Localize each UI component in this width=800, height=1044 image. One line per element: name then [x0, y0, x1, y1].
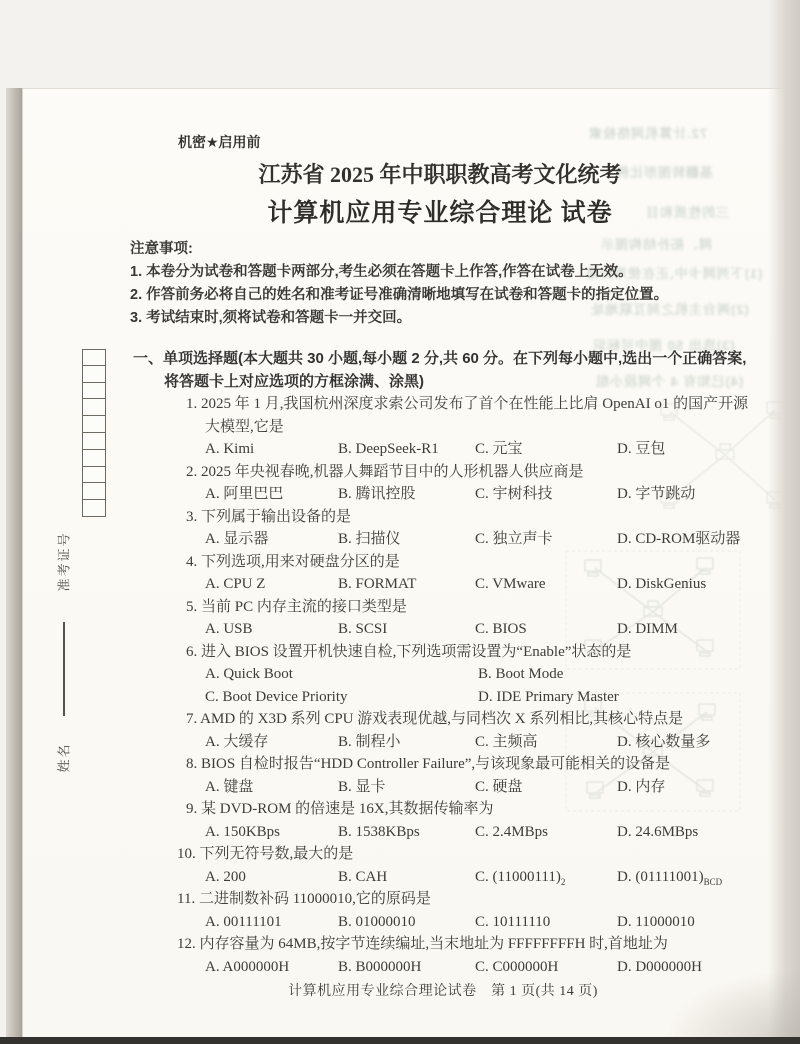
question: 7. AMD 的 X3D 系列 CPU 游戏表现优越,与同档次 X 系列相比,其…: [133, 708, 753, 753]
exam-number-box: [82, 467, 106, 484]
question-options: A. 150KBpsB. 1538KBpsC. 2.4MBpsD. 24.6MB…: [133, 821, 753, 844]
option-D: D. CD-ROM驱动器: [617, 528, 740, 551]
option-B: B. 显卡: [338, 776, 386, 799]
question-options: A. CPU ZB. FORMATC. VMwareD. DiskGenius: [133, 573, 753, 596]
option-A: A. Quick Boot: [205, 663, 293, 686]
option-C: C. VMware: [475, 573, 546, 596]
option-C: C. 宇树科技: [475, 483, 553, 506]
notes-block: 注意事项: 1. 本卷分为试卷和答题卡两部分,考生必须在答题卡上作答,作答在试卷…: [130, 238, 755, 330]
question-options: A. 00111101B. 01000010C. 10111110D. 1100…: [133, 911, 753, 934]
option-A: A. A000000H: [205, 956, 289, 979]
option-C: C. C000000H: [475, 956, 558, 979]
option-D: D. 核心数量多: [617, 731, 710, 754]
binding-edge-shadow: [6, 88, 22, 1038]
option-C: C. 2.4MBps: [475, 821, 548, 844]
question: 12. 内存容量为 64MB,按字节连续编址,当末地址为 FFFFFFFFH 时…: [133, 933, 753, 978]
option-A: A. CPU Z: [205, 573, 265, 596]
question-stem: 7. AMD 的 X3D 系列 CPU 游戏表现优越,与同档次 X 系列相比,其…: [133, 708, 753, 731]
option-D: D. 字节跳动: [617, 483, 695, 506]
note-item: 3. 考试结束时,须将试卷和答题卡一并交回。: [130, 307, 755, 330]
option-D: D. 24.6MBps: [617, 821, 698, 844]
option-A: A. 200: [205, 866, 246, 889]
option-row: A. 大缓存B. 制程小C. 主频高D. 核心数量多: [133, 731, 753, 754]
question: 4. 下列选项,用来对硬盘分区的是 A. CPU ZB. FORMATC. VM…: [133, 551, 753, 596]
question-stem: 2. 2025 年央视春晚,机器人舞蹈节目中的人形机器人供应商是: [133, 461, 753, 484]
option-D: D. IDE Primary Master: [478, 686, 619, 709]
option-C: C. (11000111)2: [475, 866, 565, 889]
question-stem: 4. 下列选项,用来对硬盘分区的是: [133, 551, 753, 574]
notes-heading: 注意事项:: [130, 238, 755, 261]
option-A: A. 00111101: [205, 911, 282, 934]
option-C: C. 硬盘: [475, 776, 523, 799]
option-row: A. A000000HB. B000000HC. C000000HD. D000…: [133, 956, 753, 979]
option-row: A. 200B. CAHC. (11000111)2D. (01111001)B…: [133, 866, 753, 889]
option-B: B. 腾讯控股: [338, 483, 416, 506]
option-C: C. BIOS: [475, 618, 527, 641]
option-A: A. Kimi: [205, 438, 254, 461]
exam-title: 江苏省 2025 年中职职教高考文化统考: [140, 158, 740, 189]
question: 3. 下列属于输出设备的是 A. 显示器B. 扫描仪C. 独立声卡D. CD-R…: [133, 506, 753, 551]
note-item: 1. 本卷分为试卷和答题卡两部分,考生必须在答题卡上作答,作答在试卷上无效。: [130, 261, 755, 284]
question-stem: 12. 内存容量为 64MB,按字节连续编址,当末地址为 FFFFFFFFH 时…: [133, 933, 753, 956]
page-footer: 计算机应用专业综合理论试卷 第 1 页(共 14 页): [133, 980, 753, 1000]
question: 6. 进入 BIOS 设置开机快速自检,下列选项需设置为“Enable”状态的是…: [133, 641, 753, 709]
classification-notice: 机密★启用前: [178, 132, 261, 152]
option-D: D. 11000010: [617, 911, 695, 934]
exam-number-box: [82, 399, 106, 416]
option-B: B. 1538KBps: [338, 821, 420, 844]
option-B: B. B000000H: [338, 956, 421, 979]
option-B: B. SCSI: [338, 618, 387, 641]
question-options: A. Quick BootB. Boot ModeC. Boot Device …: [133, 663, 753, 708]
question-stem: 9. 某 DVD-ROM 的倍速是 16X,其数据传输率为: [133, 798, 753, 821]
option-B: B. CAH: [338, 866, 387, 889]
option-A: A. 150KBps: [205, 821, 280, 844]
option-row: A. 键盘B. 显卡C. 硬盘D. 内存: [133, 776, 753, 799]
question-options: A. 阿里巴巴B. 腾讯控股C. 宇树科技D. 字节跳动: [133, 483, 753, 506]
question-section: 一、单项选择题(本大题共 30 小题,每小题 2 分,共 60 分。在下列每小题…: [133, 348, 753, 978]
option-D: D. DiskGenius: [617, 573, 706, 596]
option-B: B. FORMAT: [338, 573, 416, 596]
question-stem: 8. BIOS 自检时报告“HDD Controller Failure”,与该…: [133, 753, 753, 776]
question-stem: 10. 下列无符号数,最大的是: [133, 843, 753, 866]
option-C: C. 主频高: [475, 731, 538, 754]
page-edge-shadow: [768, 0, 800, 1038]
question-stem: 11. 二进制数补码 11000010,它的原码是: [133, 888, 753, 911]
note-item: 2. 作答前务必将自己的姓名和准考证号准确清晰地填写在试卷和答题卡的指定位置。: [130, 284, 755, 307]
scan-bottom-band: [0, 1037, 800, 1044]
option-row: A. 00111101B. 01000010C. 10111110D. 1100…: [133, 911, 753, 934]
question-options: A. A000000HB. B000000HC. C000000HD. D000…: [133, 956, 753, 979]
option-row: A. CPU ZB. FORMATC. VMwareD. DiskGenius: [133, 573, 753, 596]
option-row: A. 阿里巴巴B. 腾讯控股C. 宇树科技D. 字节跳动: [133, 483, 753, 506]
question: 9. 某 DVD-ROM 的倍速是 16X,其数据传输率为 A. 150KBps…: [133, 798, 753, 843]
option-B: B. Boot Mode: [478, 663, 563, 686]
section-heading: 一、单项选择题(本大题共 30 小题,每小题 2 分,共 60 分。在下列每小题…: [133, 348, 753, 393]
question-stem: 6. 进入 BIOS 设置开机快速自检,下列选项需设置为“Enable”状态的是: [133, 641, 753, 664]
exam-number-box: [82, 383, 106, 400]
question: 11. 二进制数补码 11000010,它的原码是 A. 00111101B. …: [133, 888, 753, 933]
question: 8. BIOS 自检时报告“HDD Controller Failure”,与该…: [133, 753, 753, 798]
exam-number-label: 准考证号: [54, 530, 73, 594]
option-row: A. 150KBpsB. 1538KBpsC. 2.4MBpsD. 24.6MB…: [133, 821, 753, 844]
option-A: A. 阿里巴巴: [205, 483, 283, 506]
option-C: C. 10111110: [475, 911, 550, 934]
option-C: C. 独立声卡: [475, 528, 553, 551]
option-B: B. 01000010: [338, 911, 416, 934]
question-stem: 3. 下列属于输出设备的是: [133, 506, 753, 529]
exam-number-box: [82, 416, 106, 433]
question-options: A. 显示器B. 扫描仪C. 独立声卡D. CD-ROM驱动器: [133, 528, 753, 551]
option-C: C. 元宝: [475, 438, 523, 461]
option-A: A. 键盘: [205, 776, 253, 799]
question-options: A. USBB. SCSIC. BIOSD. DIMM: [133, 618, 753, 641]
question-options: A. 大缓存B. 制程小C. 主频高D. 核心数量多: [133, 731, 753, 754]
question: 2. 2025 年央视春晚,机器人舞蹈节目中的人形机器人供应商是 A. 阿里巴巴…: [133, 461, 753, 506]
option-row: C. Boot Device PriorityD. IDE Primary Ma…: [133, 686, 753, 709]
option-D: D. 内存: [617, 776, 665, 799]
option-row: A. Quick BootB. Boot Mode: [133, 663, 753, 686]
exam-number-box: [82, 349, 106, 366]
question-options: A. 200B. CAHC. (11000111)2D. (01111001)B…: [133, 866, 753, 889]
option-D: D. 豆包: [617, 438, 665, 461]
question-options: A. KimiB. DeepSeek-R1C. 元宝D. 豆包: [133, 438, 753, 461]
option-D: D. (01111001)BCD: [617, 866, 722, 889]
option-B: B. 扫描仪: [338, 528, 401, 551]
option-row: A. KimiB. DeepSeek-R1C. 元宝D. 豆包: [133, 438, 753, 461]
option-D: D. DIMM: [617, 618, 678, 641]
exam-number-box: [82, 450, 106, 467]
exam-number-box: [82, 500, 106, 517]
option-A: A. USB: [205, 618, 253, 641]
option-D: D. D000000H: [617, 956, 702, 979]
exam-number-box: [82, 433, 106, 450]
option-C: C. Boot Device Priority: [205, 686, 348, 709]
question: 5. 当前 PC 内存主流的接口类型是 A. USBB. SCSIC. BIOS…: [133, 596, 753, 641]
exam-number-boxes: [82, 349, 106, 517]
option-B: B. DeepSeek-R1: [338, 438, 439, 461]
question: 10. 下列无符号数,最大的是 A. 200B. CAHC. (11000111…: [133, 843, 753, 888]
option-row: A. 显示器B. 扫描仪C. 独立声卡D. CD-ROM驱动器: [133, 528, 753, 551]
question-options: A. 键盘B. 显卡C. 硬盘D. 内存: [133, 776, 753, 799]
option-row: A. USBB. SCSIC. BIOSD. DIMM: [133, 618, 753, 641]
name-blank-line: [63, 622, 65, 716]
option-A: A. 大缓存: [205, 731, 268, 754]
exam-number-box: [82, 483, 106, 500]
question: 1. 2025 年 1 月,我国杭州深度求索公司发布了首个在性能上比肩 Open…: [133, 393, 753, 461]
option-A: A. 显示器: [205, 528, 268, 551]
paper-subtitle: 计算机应用专业综合理论 试卷: [140, 193, 740, 229]
question-stem: 5. 当前 PC 内存主流的接口类型是: [133, 596, 753, 619]
exam-number-box: [82, 366, 106, 383]
option-B: B. 制程小: [338, 731, 401, 754]
question-stem: 1. 2025 年 1 月,我国杭州深度求索公司发布了首个在性能上比肩 Open…: [133, 393, 753, 438]
name-label: 姓名: [54, 742, 73, 774]
question-list: 1. 2025 年 1 月,我国杭州深度求索公司发布了首个在性能上比肩 Open…: [133, 393, 753, 978]
